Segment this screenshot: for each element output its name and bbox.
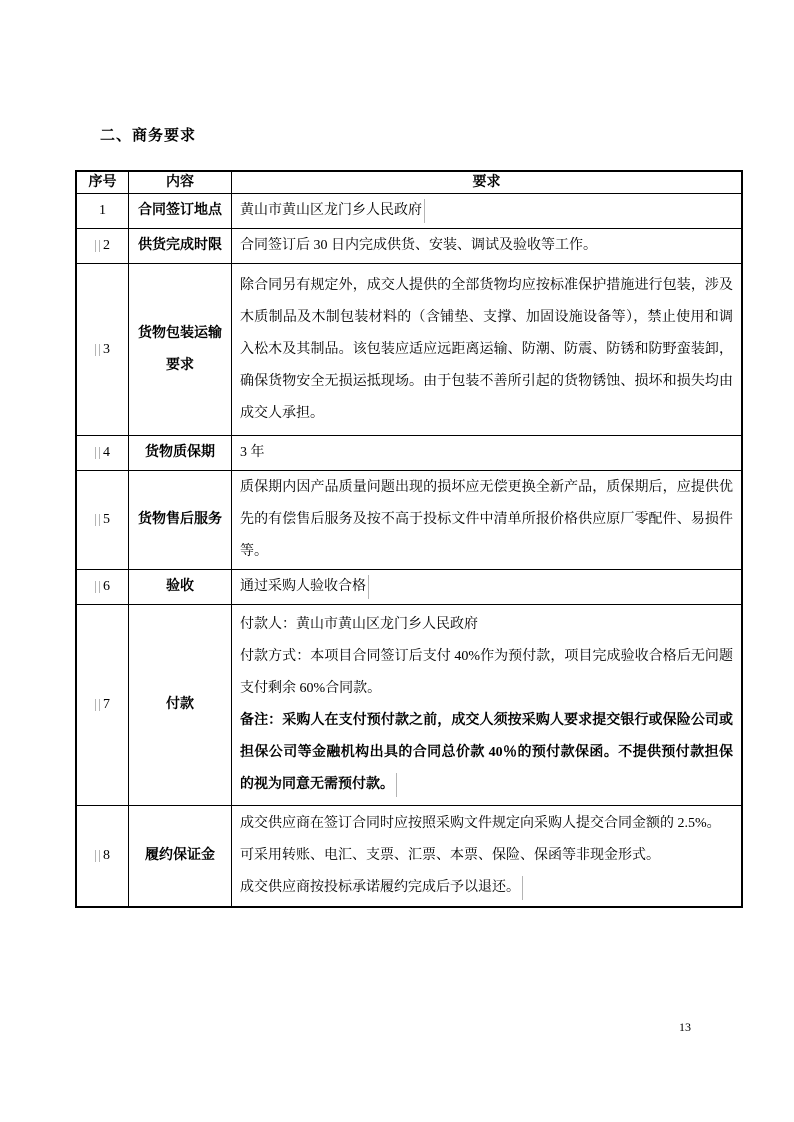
row-number-text: 7 [95, 689, 110, 721]
row-requirement: 通过采购人验收合格 [232, 570, 741, 604]
row-number: 8 [77, 806, 129, 906]
requirement-paragraph: 除合同另有规定外，成交人提供的全部货物均应按标准保护措施进行包装，涉及木质制品及… [240, 270, 733, 430]
page-number: 13 [679, 1020, 691, 1035]
revision-mark-icon [95, 344, 100, 356]
row-number-text: 1 [99, 195, 106, 227]
requirements-table: 序号 内容 要求 1 合同签订地点 黄山市黄山区龙门乡人民政府 2 供货完成时限… [75, 170, 743, 908]
row-content-label: 货物质保期 [129, 436, 232, 470]
row-number-value: 5 [103, 504, 110, 536]
revision-mark-icon [95, 850, 100, 862]
row-number: 3 [77, 264, 129, 435]
table-header-row: 序号 内容 要求 [77, 172, 741, 193]
row-content-label: 付款 [129, 605, 232, 805]
requirement-paragraph: 成交供应商按投标承诺履约完成后予以退还。 [240, 872, 733, 904]
row-number-text: 5 [95, 504, 110, 536]
requirement-paragraph: 3 年 [240, 437, 733, 469]
table-row: 3 货物包装运输 要求 除合同另有规定外，成交人提供的全部货物均应按标准保护措施… [77, 263, 741, 435]
revision-mark-icon [95, 699, 100, 711]
requirement-paragraph: 成交供应商在签订合同时应按照采购文件规定向采购人提交合同金额的 2.5%。 [240, 808, 733, 840]
row-requirement: 质保期内因产品质量问题出现的损坏应无偿更换全新产品，质保期后，应提供优先的有偿售… [232, 471, 741, 569]
row-requirement: 除合同另有规定外，成交人提供的全部货物均应按标准保护措施进行包装，涉及木质制品及… [232, 264, 741, 435]
row-content-label: 货物售后服务 [129, 471, 232, 569]
row-number-text: 3 [95, 334, 110, 366]
row-number: 1 [77, 194, 129, 228]
revision-mark-icon [95, 447, 100, 459]
row-requirement: 成交供应商在签订合同时应按照采购文件规定向采购人提交合同金额的 2.5%。 可采… [232, 806, 741, 906]
table-row: 4 货物质保期 3 年 [77, 435, 741, 470]
requirement-paragraph: 付款方式：本项目合同签订后支付 40%作为预付款，项目完成验收合格后无问题支付剩… [240, 641, 733, 705]
row-number: 7 [77, 605, 129, 805]
requirement-paragraph: 可采用转账、电汇、支票、汇票、本票、保险、保函等非现金形式。 [240, 840, 733, 872]
row-number-text: 4 [95, 437, 110, 469]
row-number-value: 8 [103, 840, 110, 872]
requirement-paragraph: 合同签订后 30 日内完成供货、安装、调试及验收等工作。 [240, 230, 733, 262]
row-number: 5 [77, 471, 129, 569]
row-number-text: 2 [95, 230, 110, 262]
row-number-value: 6 [103, 571, 110, 603]
row-requirement: 黄山市黄山区龙门乡人民政府 [232, 194, 741, 228]
row-number: 4 [77, 436, 129, 470]
row-number-value: 3 [103, 334, 110, 366]
row-number-value: 7 [103, 689, 110, 721]
header-requirement: 要求 [232, 172, 741, 193]
revision-mark-icon [522, 876, 523, 900]
requirement-text: 通过采购人验收合格 [240, 579, 366, 594]
header-no: 序号 [77, 172, 129, 193]
row-content-label: 履约保证金 [129, 806, 232, 906]
table-row: 6 验收 通过采购人验收合格 [77, 569, 741, 604]
row-content-label: 供货完成时限 [129, 229, 232, 263]
row-content-label: 合同签订地点 [129, 194, 232, 228]
header-requirement-label: 要求 [473, 173, 501, 192]
row-number-value: 4 [103, 437, 110, 469]
requirement-paragraph: 黄山市黄山区龙门乡人民政府 [240, 195, 733, 227]
table-row: 7 付款 付款人：黄山市黄山区龙门乡人民政府 付款方式：本项目合同签订后支付 4… [77, 604, 741, 805]
requirement-paragraph: 付款人：黄山市黄山区龙门乡人民政府 [240, 609, 733, 641]
row-number-text: 8 [95, 840, 110, 872]
row-number-text: 6 [95, 571, 110, 603]
revision-mark-icon [396, 773, 397, 797]
row-content-label: 货物包装运输 要求 [129, 264, 232, 435]
table-row: 1 合同签订地点 黄山市黄山区龙门乡人民政府 [77, 193, 741, 228]
row-requirement: 合同签订后 30 日内完成供货、安装、调试及验收等工作。 [232, 229, 741, 263]
requirement-text: 成交供应商按投标承诺履约完成后予以退还。 [240, 880, 520, 895]
row-number: 6 [77, 570, 129, 604]
requirement-paragraph-note: 备注：采购人在支付预付款之前，成交人须按采购人要求提交银行或保险公司或担保公司等… [240, 705, 733, 801]
row-requirement: 3 年 [232, 436, 741, 470]
row-number-value: 2 [103, 230, 110, 262]
revision-mark-icon [95, 240, 100, 252]
section-title: 二、商务要求 [100, 124, 196, 145]
revision-mark-icon [424, 199, 425, 223]
document-page: 二、商务要求 序号 内容 要求 1 合同签订地点 黄山市黄山区龙门乡人民政府 2… [0, 0, 794, 1122]
row-content-label: 验收 [129, 570, 232, 604]
requirement-paragraph: 通过采购人验收合格 [240, 571, 733, 603]
requirement-text: 备注：采购人在支付预付款之前，成交人须按采购人要求提交银行或保险公司或担保公司等… [240, 713, 733, 792]
table-row: 5 货物售后服务 质保期内因产品质量问题出现的损坏应无偿更换全新产品，质保期后，… [77, 470, 741, 569]
table-row: 8 履约保证金 成交供应商在签订合同时应按照采购文件规定向采购人提交合同金额的 … [77, 805, 741, 906]
revision-mark-icon [95, 514, 100, 526]
requirement-text: 黄山市黄山区龙门乡人民政府 [240, 203, 422, 218]
table-row: 2 供货完成时限 合同签订后 30 日内完成供货、安装、调试及验收等工作。 [77, 228, 741, 263]
row-number: 2 [77, 229, 129, 263]
revision-mark-icon [95, 581, 100, 593]
requirement-paragraph: 质保期内因产品质量问题出现的损坏应无偿更换全新产品，质保期后，应提供优先的有偿售… [240, 472, 733, 568]
row-requirement: 付款人：黄山市黄山区龙门乡人民政府 付款方式：本项目合同签订后支付 40%作为预… [232, 605, 741, 805]
header-content: 内容 [129, 172, 232, 193]
revision-mark-icon [368, 575, 369, 599]
